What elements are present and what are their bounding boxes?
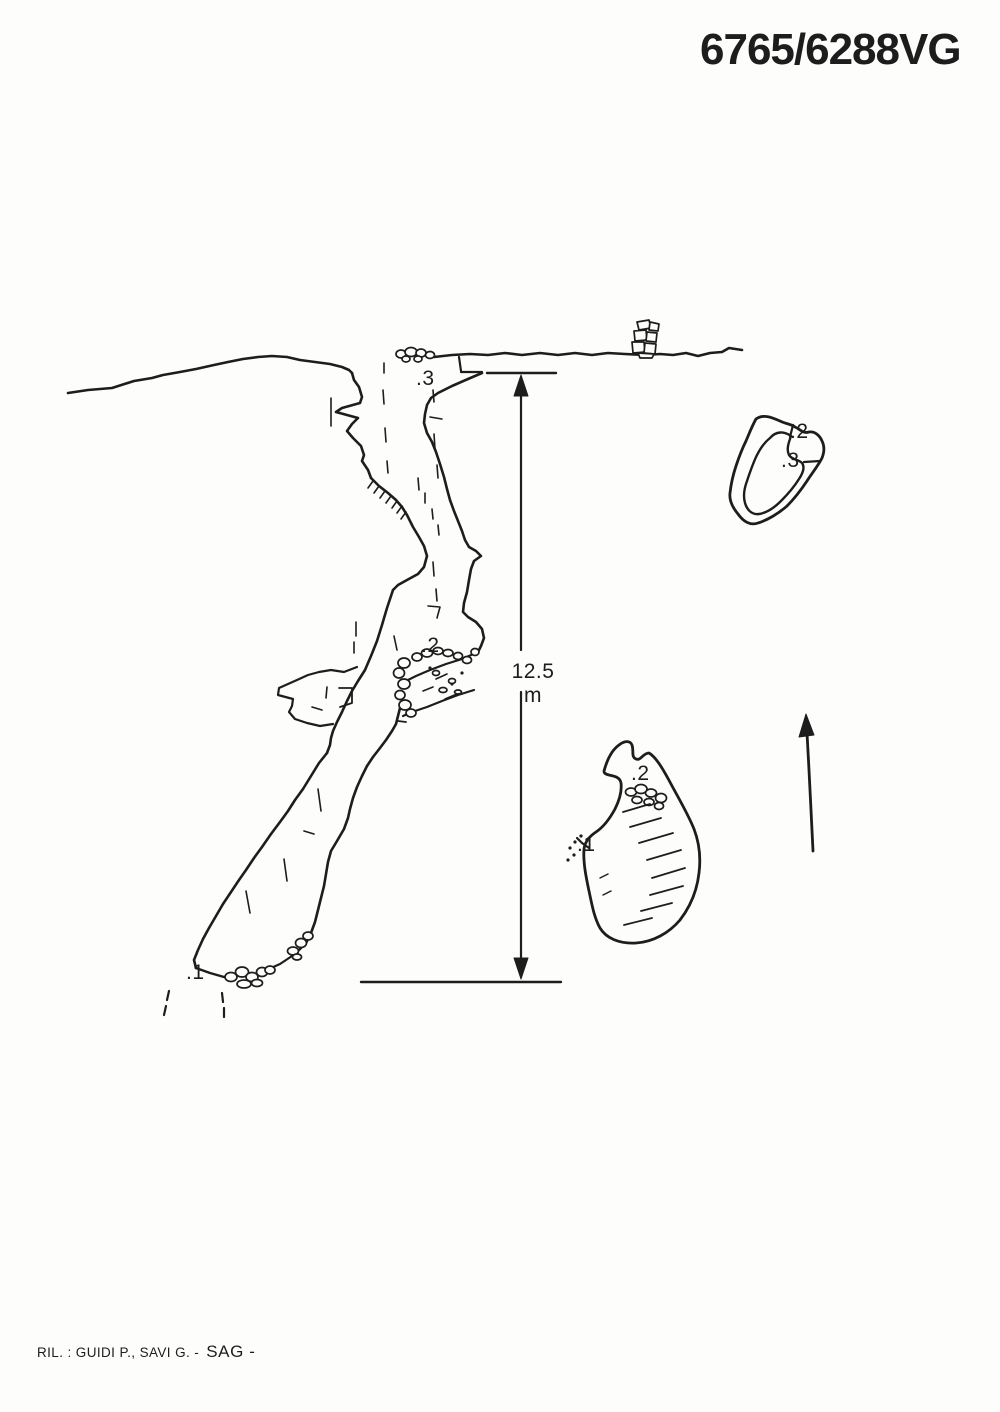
plan-lower-station-1-label: .1	[577, 834, 596, 856]
profile-station-3-label: .3	[416, 368, 435, 390]
profile-station-1-label: .1	[186, 962, 205, 984]
north-arrow-icon	[799, 714, 814, 851]
profile-hachures	[368, 481, 406, 519]
cairn-rocks	[632, 320, 659, 358]
profile-shaft-walls	[164, 357, 484, 1017]
cave-survey-sheet: 6765/6288VG	[0, 0, 1000, 1412]
survey-credit-names: RIL. : GUIDI P., SAVI G. -	[37, 1345, 199, 1360]
survey-credit-org: SAG -	[206, 1342, 255, 1362]
survey-credit: RIL. : GUIDI P., SAVI G. - SAG -	[37, 1342, 256, 1362]
plan-upper-station-3-label: .3	[781, 450, 800, 472]
entrance-rocks	[396, 348, 435, 363]
floor-rocks	[225, 932, 313, 988]
depth-label: 12.5 m	[500, 660, 566, 708]
plan-upper-station-2-label: .2	[790, 421, 809, 443]
plan-view-upper	[730, 416, 824, 524]
ledge-breakdown-rocks	[394, 648, 480, 718]
plan-lower-slope-lines	[600, 804, 685, 925]
plan-lower-station-2-label: .2	[631, 763, 650, 785]
profile-station-2-label: .2	[421, 635, 440, 657]
side-shelf-outline	[278, 667, 357, 726]
